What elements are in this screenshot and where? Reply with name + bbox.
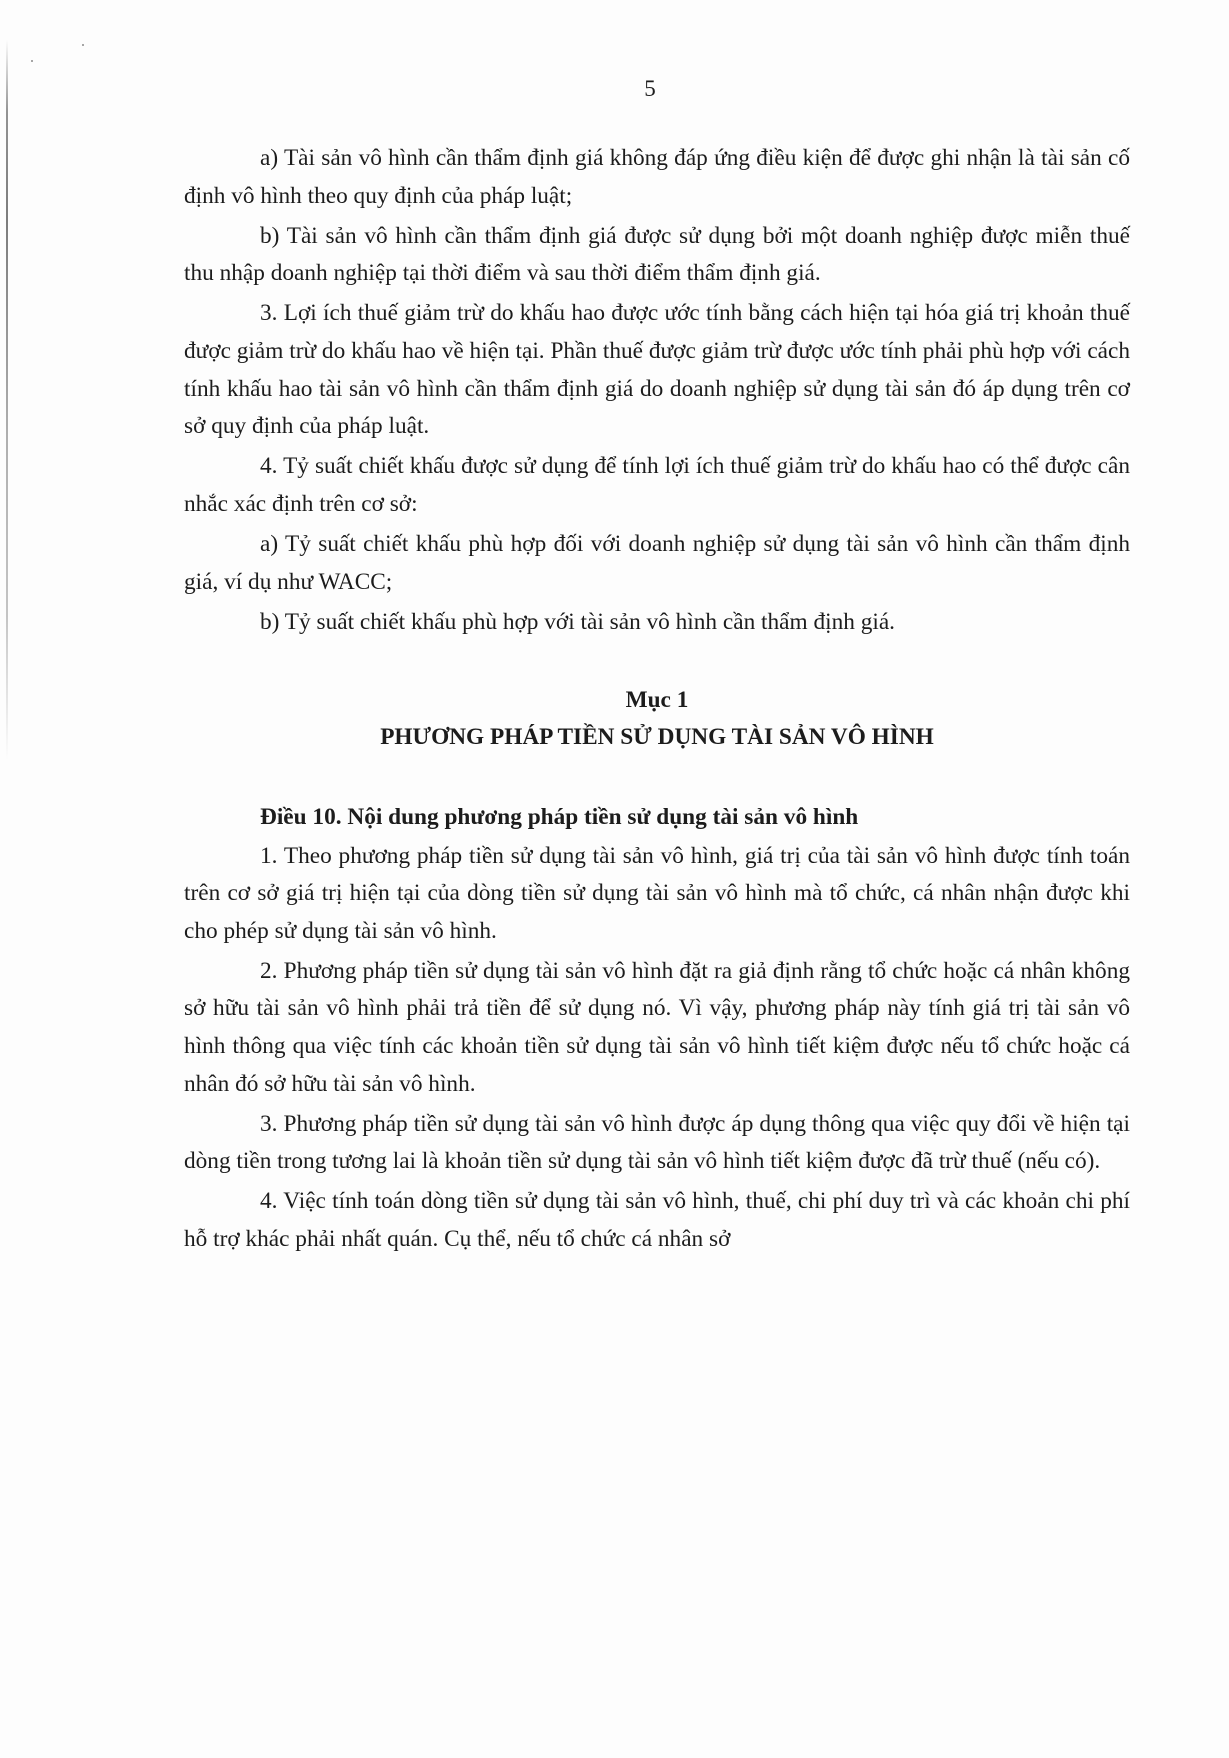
- page-number: 5: [0, 76, 1229, 102]
- section-title: PHƯƠNG PHÁP TIỀN SỬ DỤNG TÀI SẢN VÔ HÌNH: [184, 719, 1130, 757]
- paragraph-intro-4b: b) Tỷ suất chiết khấu phù hợp với tài sả…: [184, 604, 1130, 642]
- paragraph-intro-b: b) Tài sản vô hình cần thẩm định giá đượ…: [184, 218, 1130, 293]
- paragraph-intro-a: a) Tài sản vô hình cần thẩm định giá khô…: [184, 140, 1130, 215]
- paragraph-intro-4: 4. Tỷ suất chiết khấu được sử dụng để tí…: [184, 448, 1130, 523]
- spacer: [184, 757, 1130, 799]
- paragraph-intro-4a: a) Tỷ suất chiết khấu phù hợp đối với do…: [184, 526, 1130, 601]
- article-heading: Điều 10. Nội dung phương pháp tiền sử dụ…: [184, 799, 1130, 837]
- spacer: [184, 644, 1130, 682]
- article-paragraph-3: 3. Phương pháp tiền sử dụng tài sản vô h…: [184, 1106, 1130, 1181]
- section-label: Mục 1: [184, 682, 1130, 720]
- article-paragraph-2: 2. Phương pháp tiền sử dụng tài sản vô h…: [184, 953, 1130, 1103]
- article-paragraph-1: 1. Theo phương pháp tiền sử dụng tài sản…: [184, 838, 1130, 951]
- document-body: a) Tài sản vô hình cần thẩm định giá khô…: [184, 140, 1130, 1261]
- scan-speck: [31, 60, 33, 62]
- paragraph-intro-3: 3. Lợi ích thuế giảm trừ do khấu hao đượ…: [184, 295, 1130, 445]
- article-paragraph-4: 4. Việc tính toán dòng tiền sử dụng tài …: [184, 1183, 1130, 1258]
- scan-edge-line: [6, 40, 8, 760]
- scan-speck: [82, 44, 84, 46]
